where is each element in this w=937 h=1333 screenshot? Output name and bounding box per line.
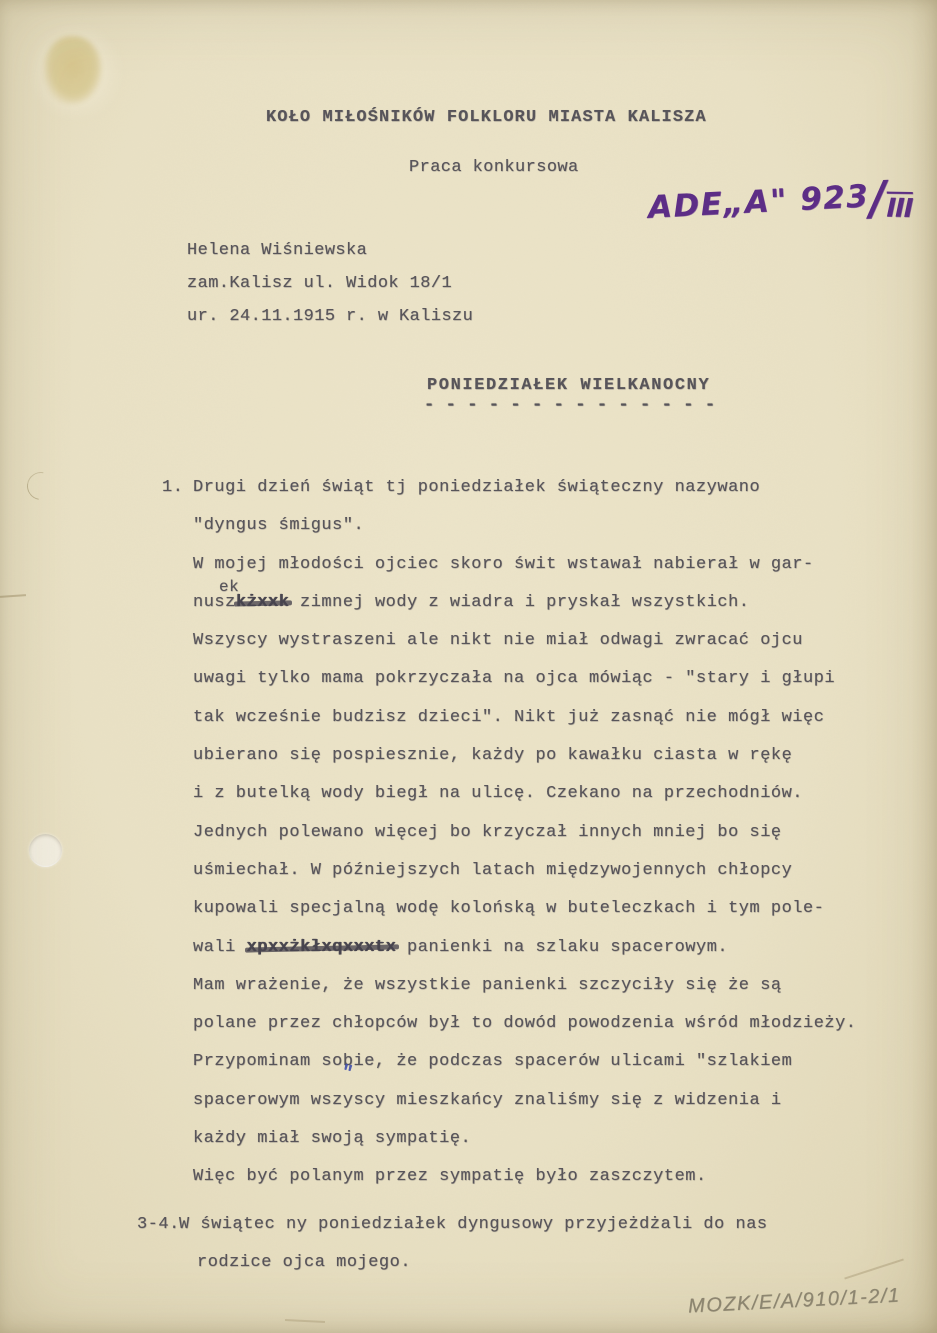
handwritten-archive-code: ADE„A" 923/III (647, 169, 914, 237)
organization-heading: KOŁO MIŁOŚNIKÓW FOLKLORU MIASTA KALISZA (266, 108, 707, 127)
document-title: PONIEDZIAŁEK WIELKANOCNY (427, 376, 710, 395)
typed-line: kupowali specjalną wodę kolońską w butel… (193, 890, 937, 928)
author-block: Helena Wiśniewska zam.Kalisz ul. Widok 1… (187, 234, 473, 333)
typed-line: Mam wrażenie, że wszystkie panienki szcz… (193, 967, 937, 1005)
typed-line: ubierano się pospiesznie, każdy po kawał… (193, 737, 937, 775)
typed-line-with-correction: eknuszkżxxk zimnej wody z wiadra i prysk… (193, 584, 937, 622)
typed-text: Mam wrażenie, że wszystkie panienki szcz… (193, 976, 782, 995)
typed-text: rodzice ojca mojego. (197, 1253, 411, 1272)
typed-line: Jednych polewano więcej bo krzyczał inny… (193, 814, 937, 852)
typed-line: "dyngus śmigus". (193, 507, 937, 545)
typed-line: tak wcześnie budzisz dzieci". Nikt już z… (193, 699, 937, 737)
typed-text: W świątec ny poniedziałek dyngusowy przy… (179, 1215, 768, 1234)
typed-text: i z butelką wody biegł na ulicę. Czekano… (193, 784, 803, 803)
typed-text: Więc być polanym przez sympatię było zas… (193, 1167, 707, 1186)
typed-text: uśmiechał. W późniejszych latach międzyw… (193, 861, 792, 880)
paragraph-item-3-4: 3-4. W świątec ny poniedziałek dyngusowy… (179, 1206, 768, 1283)
paragraph-number: 1. (162, 469, 183, 507)
work-subtitle: Praca konkursowa (409, 158, 579, 177)
struck-out-text: xpxxżkłxqxxxtx (247, 938, 397, 957)
scanned-document-page: { "document": { "header": { "organizatio… (0, 0, 937, 1333)
typed-text: polane przez chłopców był to dowód powod… (193, 1014, 857, 1033)
typed-line: Przypominam sobie, że podczas spacerów u… (193, 1043, 937, 1081)
typed-line: 3-4. W świątec ny poniedziałek dyngusowy… (179, 1206, 768, 1244)
typed-line: każdy miał swoją sympatię. (193, 1120, 937, 1158)
typed-text: tak wcześnie budzisz dzieci". Nikt już z… (193, 708, 824, 727)
typed-line: 1. Drugi dzień świąt tj poniedziałek świ… (193, 469, 937, 507)
punch-hole (29, 834, 62, 867)
paragraph-number: 3-4. (137, 1206, 180, 1244)
typed-line: uśmiechał. W późniejszych latach międzyw… (193, 852, 937, 890)
typed-line: i z butelką wody biegł na ulicę. Czekano… (193, 775, 937, 813)
archive-code-slash: / (868, 170, 888, 225)
typed-line: rodzice ojca mojego. (179, 1244, 768, 1282)
author-birthdate: ur. 24.11.1915 r. w Kaliszu (187, 300, 473, 333)
typed-line: spacerowym wszyscy mieszkańcy znaliśmy s… (193, 1082, 937, 1120)
archive-code-main: ADE„A" 923 (647, 178, 870, 226)
struck-out-text: kżxxk (236, 593, 290, 612)
typed-text: Drugi dzień świąt tj poniedziałek świąte… (193, 478, 760, 497)
typed-text: wali (193, 938, 247, 957)
typed-text: zimnej wody z wiadra i pryskał wszystkic… (289, 593, 749, 612)
title-underline-dashes: - - - - - - - - - - - - - - (424, 396, 716, 415)
typed-line: Więc być polanym przez sympatię było zas… (193, 1158, 937, 1196)
typed-text: każdy miał swoją sympatię. (193, 1129, 471, 1148)
typed-text: panienki na szlaku spacerowym. (396, 938, 728, 957)
typed-text: kupowali specjalną wodę kolońską w butel… (193, 899, 824, 918)
typed-line: Wszyscy wystraszeni ale nikt nie miał od… (193, 622, 937, 660)
paper-crease-mark (0, 594, 26, 598)
typed-line: W mojej młodości ojciec skoro świt wstaw… (193, 546, 937, 584)
author-address: zam.Kalisz ul. Widok 18/1 (187, 267, 473, 300)
typed-line: polane przez chłopców był to dowód powod… (193, 1005, 937, 1043)
typed-text: ubierano się pospiesznie, każdy po kawał… (193, 746, 792, 765)
typed-text: uwagi tylko mama pokrzyczała na ojca mów… (193, 669, 835, 688)
paragraph-item-1: 1. Drugi dzień świąt tj poniedziałek świ… (193, 469, 937, 1197)
paper-crease-mark (285, 1319, 325, 1323)
author-name: Helena Wiśniewska (187, 234, 473, 267)
paper-crease-mark (22, 467, 61, 506)
archive-code-roman-numeral: III (887, 194, 914, 224)
typed-text: "dyngus śmigus". (193, 516, 364, 535)
paper-sheet: KOŁO MIŁOŚNIKÓW FOLKLORU MIASTA KALISZA … (0, 0, 937, 1333)
typed-line-with-strikeout: wali xpxxżkłxqxxxtx panienki na szlaku s… (193, 929, 937, 967)
typed-text: spacerowym wszyscy mieszkańcy znaliśmy s… (193, 1091, 782, 1110)
handwritten-catalog-number: MOZK/E/A/910/1-2/1 (688, 1284, 902, 1318)
typed-text: W mojej młodości ojciec skoro świt wstaw… (193, 555, 814, 574)
typed-text: Przypominam sobie, że podczas spacerów u… (193, 1052, 792, 1071)
paper-crease-mark (844, 1258, 903, 1279)
typed-text: Wszyscy wystraszeni ale nikt nie miał od… (193, 631, 803, 650)
typed-text: Jednych polewano więcej bo krzyczał inny… (193, 823, 782, 842)
typed-line: uwagi tylko mama pokrzyczała na ojca mów… (193, 660, 937, 698)
